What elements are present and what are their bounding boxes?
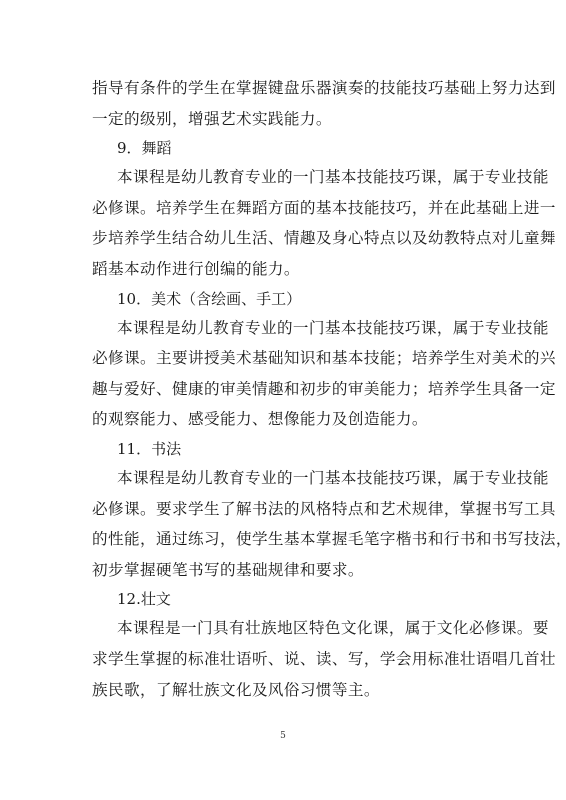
paragraph-line: 族民歌，了解壮族文化及风俗习惯等主。 [92, 675, 478, 706]
page-number: 5 [0, 731, 566, 741]
paragraph-line: 求学生掌握的标准壮语听、说、读、写，学会用标准壮语唱几首壮 [92, 644, 478, 675]
paragraph-line: 本课程是幼儿教育专业的一门基本技能技巧课，属于专业技能 [92, 463, 478, 494]
section-heading: 9．舞蹈 [92, 134, 478, 162]
section-dance: 9．舞蹈 本课程是幼儿教育专业的一门基本技能技巧课，属于专业技能 必修课。培养学… [92, 134, 478, 284]
section-heading: 10．美术（含绘画、手工） [92, 285, 478, 313]
section-heading: 12.壮文 [92, 585, 478, 613]
paragraph-line: 一定的级别，增强艺术实践能力。 [92, 104, 478, 135]
section-calligraphy: 11．书法 本课程是幼儿教育专业的一门基本技能技巧课，属于专业技能 必修课。要求… [92, 435, 478, 585]
paragraph-line: 必修课。主要讲授美术基础知识和基本技能；培养学生对美术的兴 [92, 343, 478, 374]
paragraph-line: 初步掌握硬笔书写的基础规律和要求。 [92, 555, 478, 586]
intro-paragraph: 指导有条件的学生在掌握键盘乐器演奏的技能技巧基础上努力达到 一定的级别，增强艺术… [92, 73, 478, 134]
paragraph-line: 趣与爱好、健康的审美情趣和初步的审美能力；培养学生具备一定 [92, 374, 478, 405]
paragraph-line: 必修课。要求学生了解书法的风格特点和艺术规律，掌握书写工具 [92, 494, 478, 525]
paragraph-line: 步培养学生结合幼儿生活、情趣及身心特点以及幼教特点对儿童舞 [92, 223, 478, 254]
paragraph-line: 蹈基本动作进行创编的能力。 [92, 254, 478, 285]
paragraph-line: 的性能，通过练习，使学生基本掌握毛笔字楷书和行书和书写技法， [92, 524, 478, 555]
paragraph-line: 本课程是幼儿教育专业的一门基本技能技巧课，属于专业技能 [92, 313, 478, 344]
document-page: 指导有条件的学生在掌握键盘乐器演奏的技能技巧基础上努力达到 一定的级别，增强艺术… [92, 73, 478, 705]
section-art: 10．美术（含绘画、手工） 本课程是幼儿教育专业的一门基本技能技巧课，属于专业技… [92, 285, 478, 435]
paragraph-line: 必修课。培养学生在舞蹈方面的基本技能技巧，并在此基础上进一 [92, 193, 478, 224]
paragraph-line: 指导有条件的学生在掌握键盘乐器演奏的技能技巧基础上努力达到 [92, 73, 478, 104]
paragraph-line: 本课程是幼儿教育专业的一门基本技能技巧课，属于专业技能 [92, 162, 478, 193]
paragraph-line: 本课程是一门具有壮族地区特色文化课，属于文化必修课。要 [92, 613, 478, 644]
paragraph-line: 的观察能力、感受能力、想像能力及创造能力。 [92, 404, 478, 435]
section-heading: 11．书法 [92, 435, 478, 463]
section-zhuang-language: 12.壮文 本课程是一门具有壮族地区特色文化课，属于文化必修课。要 求学生掌握的… [92, 585, 478, 705]
